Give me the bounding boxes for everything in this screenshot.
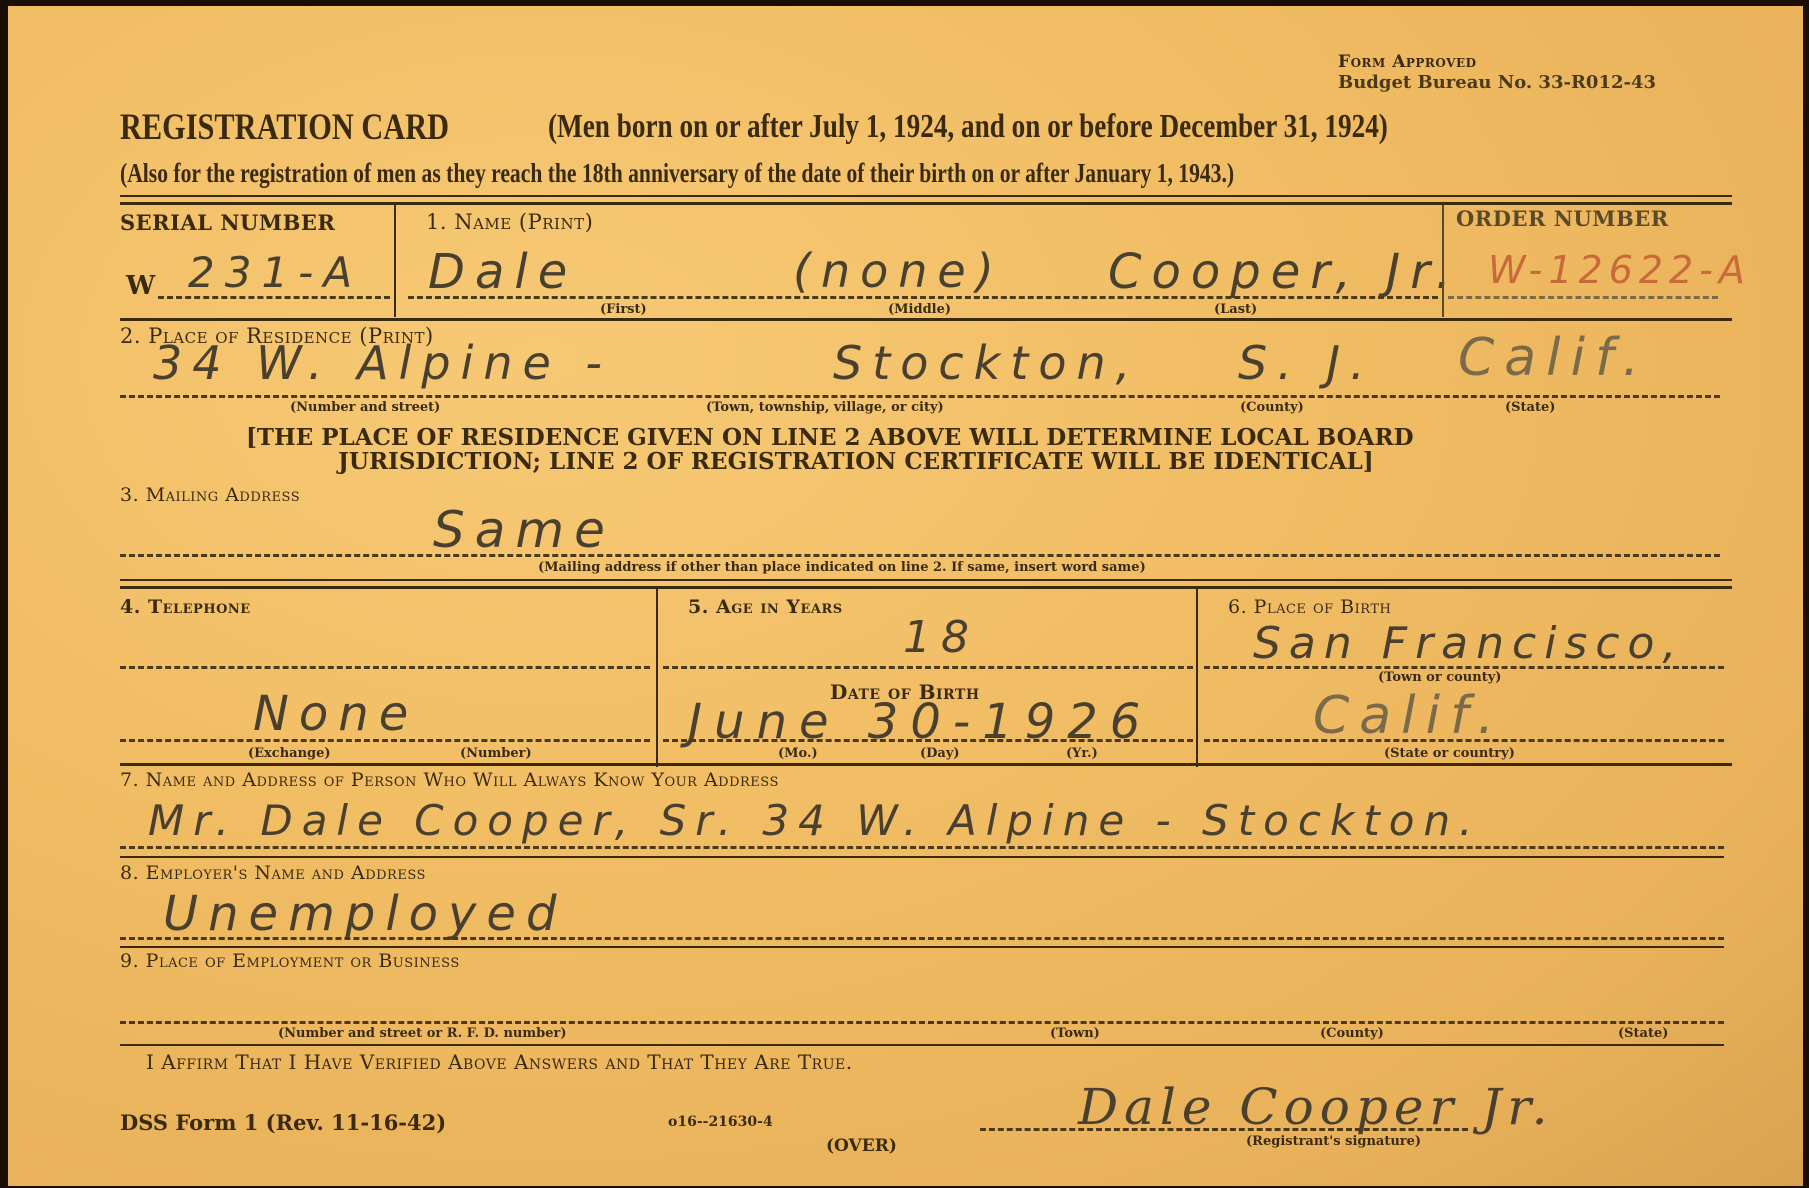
birth-town-line (1204, 666, 1724, 669)
employer-label: 8. Employer's Name and Address (120, 862, 426, 884)
mailing-address-caption: (Mailing address if other than place ind… (538, 560, 1146, 575)
residence-state-value[interactable]: Calif. (1458, 328, 1649, 388)
form-approved-label: Form Approved (1338, 52, 1477, 72)
order-number-value: W-12622-A (1488, 248, 1751, 292)
order-number-label: ORDER NUMBER (1456, 206, 1669, 231)
place-of-birth-town-value[interactable]: San Francisco, (1253, 618, 1684, 669)
name-order-divider (1442, 205, 1444, 317)
name-middle-value[interactable]: (none) (793, 244, 1004, 298)
age-label: 5. Age in Years (688, 596, 843, 618)
row9-bottom-rule (120, 1044, 1724, 1046)
age-value[interactable]: 18 (903, 612, 979, 663)
serial-line (158, 296, 390, 299)
serial-name-divider (394, 205, 396, 317)
age-line (663, 666, 1193, 669)
residence-line (120, 395, 1720, 398)
birth-state-line (1204, 739, 1724, 742)
name-first-caption: (First) (600, 302, 647, 317)
signature-caption: (Registrant's signature) (1246, 1134, 1421, 1149)
residence-notice-line2: JURISDICTION; LINE 2 OF REGISTRATION CER… (338, 448, 1374, 475)
row1-bottom-rule (120, 318, 1732, 321)
employment-state-caption: (State) (1618, 1026, 1668, 1041)
age-birth-divider (1196, 589, 1198, 767)
row3-rule-bottom (120, 586, 1732, 589)
telephone-number-caption: (Number) (460, 746, 532, 761)
residence-town-value[interactable]: Stockton, (833, 336, 1140, 390)
dob-line (663, 739, 1193, 742)
employment-county-caption: (County) (1320, 1026, 1384, 1041)
contact-person-value[interactable]: Mr. Dale Cooper, Sr. 34 W. Alpine - Stoc… (148, 796, 1481, 845)
residence-street-value[interactable]: 34 W. Alpine - (153, 336, 612, 390)
place-of-birth-town-caption: (Town or county) (1378, 670, 1501, 685)
telephone-line-upper (120, 666, 650, 669)
telephone-label: 4. Telephone (120, 596, 251, 618)
telephone-exchange-caption: (Exchange) (248, 746, 331, 761)
dob-day-caption: (Day) (920, 746, 960, 761)
residence-street-caption: (Number and street) (290, 400, 440, 415)
place-of-birth-state-caption: (State or country) (1384, 746, 1515, 761)
header-rule-top (120, 195, 1732, 197)
order-line (1448, 296, 1718, 299)
over-indicator: (OVER) (826, 1136, 897, 1156)
card-title: REGISTRATION CARD (120, 106, 449, 149)
place-of-birth-state-value[interactable]: Calif. (1313, 686, 1504, 746)
employer-value[interactable]: Unemployed (163, 886, 566, 942)
name-last-caption: (Last) (1214, 302, 1257, 317)
employer-line (120, 937, 1724, 940)
employment-place-line (120, 1021, 1724, 1024)
row4-bottom-rule (120, 763, 1732, 766)
mailing-address-label: 3. Mailing Address (120, 484, 300, 506)
card-subtitle: (Also for the registration of men as the… (120, 158, 1234, 189)
name-line (408, 296, 1438, 299)
contact-person-label: 7. Name and Address of Person Who Will A… (120, 769, 779, 791)
row7-bottom-rule (120, 856, 1724, 858)
affirmation-text: I Affirm That I Have Verified Above Answ… (146, 1050, 853, 1074)
dob-month-caption: (Mo.) (778, 746, 818, 761)
registration-card: Form Approved Budget Bureau No. 33-R012-… (8, 6, 1803, 1186)
residence-county-caption: (County) (1240, 400, 1304, 415)
form-id: DSS Form 1 (Rev. 11-16-42) (120, 1110, 446, 1135)
mailing-line (120, 554, 1720, 557)
serial-number-label: SERIAL NUMBER (120, 210, 335, 235)
name-first-value[interactable]: Dale (428, 244, 577, 300)
name-middle-caption: (Middle) (888, 302, 951, 317)
employment-town-caption: (Town) (1050, 1026, 1100, 1041)
budget-bureau-number: Budget Bureau No. 33-R012-43 (1338, 72, 1656, 93)
telephone-value[interactable]: None (253, 686, 418, 742)
contact-line (120, 846, 1724, 849)
residence-state-caption: (State) (1505, 400, 1555, 415)
signature-line (980, 1128, 1468, 1131)
mailing-address-value[interactable]: Same (433, 501, 615, 559)
name-label: 1. Name (Print) (426, 210, 593, 234)
residence-town-caption: (Town, township, village, or city) (706, 400, 944, 415)
name-last-value[interactable]: Cooper, Jr. (1108, 244, 1461, 300)
employment-place-label: 9. Place of Employment or Business (120, 950, 460, 972)
card-title-qualifier: (Men born on or after July 1, 1924, and … (548, 108, 1388, 146)
residence-notice-line1: [THE PLACE OF RESIDENCE GIVEN ON LINE 2 … (246, 424, 1414, 451)
row8-bottom-rule (120, 946, 1724, 948)
employment-street-caption: (Number and street or R. F. D. number) (278, 1026, 566, 1041)
residence-county-value[interactable]: S. J. (1238, 336, 1375, 390)
telephone-line-lower (120, 739, 650, 742)
serial-number-value: 231-A (188, 248, 362, 297)
serial-prefix: W (126, 271, 155, 301)
dob-year-caption: (Yr.) (1066, 746, 1098, 761)
header-rule-bottom (120, 202, 1732, 205)
phone-age-divider (656, 589, 658, 767)
place-of-birth-label: 6. Place of Birth (1228, 596, 1391, 618)
print-code: o16--21630-4 (668, 1114, 773, 1130)
row3-rule-top (120, 579, 1732, 581)
